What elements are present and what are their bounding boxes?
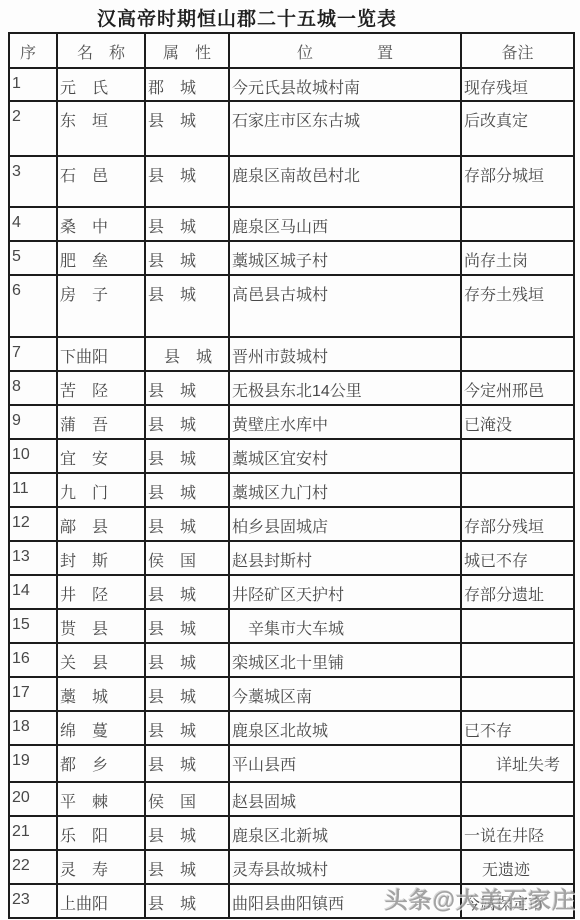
cell-seq: 14 <box>9 575 57 609</box>
cell-location: 鹿泉区北故城 <box>229 711 461 745</box>
table-row: 9蒲 吾县 城黄壁庄水库中已淹没 <box>9 405 574 439</box>
cell-name: 蒲 吾 <box>57 405 145 439</box>
cell-attr: 县 城 <box>145 816 229 850</box>
cell-seq: 16 <box>9 643 57 677</box>
cell-location: 栾城区北十里铺 <box>229 643 461 677</box>
header-seq: 序 <box>9 33 57 68</box>
cell-seq: 18 <box>9 711 57 745</box>
cell-seq: 2 <box>9 101 57 156</box>
cell-location: 石家庄市区东古城 <box>229 101 461 156</box>
table-header: 序 名 称 属 性 位 置 备注 <box>9 33 574 68</box>
cell-location: 黄壁庄水库中 <box>229 405 461 439</box>
cell-location: 赵县固城 <box>229 782 461 816</box>
table-row: 3石 邑县 城鹿泉区南故邑村北存部分城垣 <box>9 156 574 207</box>
cell-location: 鹿泉区马山西 <box>229 207 461 241</box>
cell-remark <box>461 439 574 473</box>
cell-location: 井陉矿区天护村 <box>229 575 461 609</box>
cell-name: 东 垣 <box>57 101 145 156</box>
cell-attr: 县 城 <box>145 575 229 609</box>
cell-remark <box>461 643 574 677</box>
cell-location: 辛集市大车城 <box>229 609 461 643</box>
cell-seq: 6 <box>9 275 57 337</box>
cell-name: 上曲阳 <box>57 884 145 918</box>
cell-attr: 县 城 <box>145 101 229 156</box>
cell-attr: 县 城 <box>145 241 229 275</box>
cell-remark <box>461 337 574 371</box>
cell-attr: 侯 国 <box>145 541 229 575</box>
table-row: 21乐 阳县 城鹿泉区北新城一说在井陉 <box>9 816 574 850</box>
cell-seq: 4 <box>9 207 57 241</box>
cell-remark: 存部分城垣 <box>461 156 574 207</box>
cell-remark: 存部分残垣 <box>461 507 574 541</box>
cell-remark <box>461 473 574 507</box>
cell-seq: 11 <box>9 473 57 507</box>
cell-name: 九 门 <box>57 473 145 507</box>
cell-attr: 县 城 <box>145 275 229 337</box>
table-body: 1元 氏郡 城今元氏县故城村南现存残垣2东 垣县 城石家庄市区东古城后改真定3石… <box>9 68 574 918</box>
cell-remark <box>461 677 574 711</box>
cell-remark: 已不存 <box>461 711 574 745</box>
cell-remark <box>461 207 574 241</box>
cell-location: 高邑县古城村 <box>229 275 461 337</box>
cell-attr: 县 城 <box>145 439 229 473</box>
cell-name: 藁 城 <box>57 677 145 711</box>
cell-seq: 20 <box>9 782 57 816</box>
header-row: 序 名 称 属 性 位 置 备注 <box>9 33 574 68</box>
cell-remark: 后改真定 <box>461 101 574 156</box>
cell-location: 藁城区城子村 <box>229 241 461 275</box>
cell-attr: 县 城 <box>145 609 229 643</box>
cell-location: 平山县西 <box>229 745 461 782</box>
cell-remark: 存夯土残垣 <box>461 275 574 337</box>
cell-location: 今藁城区南 <box>229 677 461 711</box>
cell-name: 房 子 <box>57 275 145 337</box>
cell-attr: 郡 城 <box>145 68 229 101</box>
table-row: 23上曲阳县 城曲阳县曲阳镇西今属保定市 <box>9 884 574 918</box>
cell-seq: 10 <box>9 439 57 473</box>
cell-location: 无极县东北14公里 <box>229 371 461 405</box>
cell-attr: 县 城 <box>145 711 229 745</box>
table-row: 16关 县县 城栾城区北十里铺 <box>9 643 574 677</box>
cell-seq: 22 <box>9 850 57 884</box>
table-row: 10宜 安县 城藁城区宜安村 <box>9 439 574 473</box>
cell-remark: 一说在井陉 <box>461 816 574 850</box>
cell-attr: 县 城 <box>145 850 229 884</box>
table-row: 6房 子县 城高邑县古城村存夯土残垣 <box>9 275 574 337</box>
cell-remark: 今定州邢邑 <box>461 371 574 405</box>
cell-attr: 县 城 <box>145 884 229 918</box>
cell-location: 今元氏县故城村南 <box>229 68 461 101</box>
cell-seq: 5 <box>9 241 57 275</box>
cell-location: 鹿泉区北新城 <box>229 816 461 850</box>
cell-seq: 12 <box>9 507 57 541</box>
table-row: 13封 斯侯 国赵县封斯村城已不存 <box>9 541 574 575</box>
cell-name: 石 邑 <box>57 156 145 207</box>
cell-seq: 7 <box>9 337 57 371</box>
cell-name: 鄗 县 <box>57 507 145 541</box>
table-row: 8苦 陉县 城无极县东北14公里今定州邢邑 <box>9 371 574 405</box>
cell-name: 平 棘 <box>57 782 145 816</box>
cell-remark: 存部分遗址 <box>461 575 574 609</box>
cell-location: 赵县封斯村 <box>229 541 461 575</box>
table-row: 22灵 寿县 城灵寿县故城村无遗迹 <box>9 850 574 884</box>
cell-attr: 县 城 <box>145 507 229 541</box>
table-row: 2东 垣县 城石家庄市区东古城后改真定 <box>9 101 574 156</box>
cell-location: 藁城区宜安村 <box>229 439 461 473</box>
document-page: 汉高帝时期恒山郡二十五城一览表 序 名 称 属 性 位 置 备注 1元 氏郡 城… <box>0 0 580 920</box>
cell-name: 苦 陉 <box>57 371 145 405</box>
cell-remark: 已淹没 <box>461 405 574 439</box>
cell-name: 封 斯 <box>57 541 145 575</box>
cell-name: 井 陉 <box>57 575 145 609</box>
cell-name: 元 氏 <box>57 68 145 101</box>
table-row: 18绵 蔓县 城鹿泉区北故城已不存 <box>9 711 574 745</box>
table-row: 1元 氏郡 城今元氏县故城村南现存残垣 <box>9 68 574 101</box>
cell-seq: 9 <box>9 405 57 439</box>
cell-name: 关 县 <box>57 643 145 677</box>
cell-attr: 县 城 <box>145 207 229 241</box>
cell-remark: 尚存土岗 <box>461 241 574 275</box>
table-row: 11九 门县 城藁城区九门村 <box>9 473 574 507</box>
cell-attr: 县 城 <box>145 337 229 371</box>
cell-attr: 县 城 <box>145 371 229 405</box>
cell-name: 贳 县 <box>57 609 145 643</box>
table-row: 12鄗 县县 城柏乡县固城店存部分残垣 <box>9 507 574 541</box>
cell-name: 桑 中 <box>57 207 145 241</box>
header-remark: 备注 <box>461 33 574 68</box>
cell-seq: 23 <box>9 884 57 918</box>
cell-seq: 21 <box>9 816 57 850</box>
table-row: 15贳 县县 城 辛集市大车城 <box>9 609 574 643</box>
cell-attr: 县 城 <box>145 745 229 782</box>
header-location: 位 置 <box>229 33 461 68</box>
cell-seq: 13 <box>9 541 57 575</box>
cell-remark: 现存残垣 <box>461 68 574 101</box>
header-name: 名 称 <box>57 33 145 68</box>
table-row: 4桑 中县 城鹿泉区马山西 <box>9 207 574 241</box>
cell-name: 下曲阳 <box>57 337 145 371</box>
cell-remark: 无遗迹 <box>461 850 574 884</box>
cell-seq: 8 <box>9 371 57 405</box>
cell-location: 灵寿县故城村 <box>229 850 461 884</box>
cell-seq: 15 <box>9 609 57 643</box>
cell-name: 肥 垒 <box>57 241 145 275</box>
table-row: 17藁 城县 城今藁城区南 <box>9 677 574 711</box>
table-row: 19都 乡县 城平山县西详址失考 <box>9 745 574 782</box>
cell-location: 鹿泉区南故邑村北 <box>229 156 461 207</box>
table-row: 7下曲阳 县 城晋州市鼓城村 <box>9 337 574 371</box>
table-row: 20平 棘侯 国赵县固城 <box>9 782 574 816</box>
cell-attr: 县 城 <box>145 677 229 711</box>
cell-name: 绵 蔓 <box>57 711 145 745</box>
cell-seq: 3 <box>9 156 57 207</box>
cities-table: 序 名 称 属 性 位 置 备注 1元 氏郡 城今元氏县故城村南现存残垣2东 垣… <box>8 32 575 919</box>
cell-name: 都 乡 <box>57 745 145 782</box>
cell-name: 乐 阳 <box>57 816 145 850</box>
cell-seq: 1 <box>9 68 57 101</box>
cell-location: 晋州市鼓城村 <box>229 337 461 371</box>
cell-attr: 县 城 <box>145 156 229 207</box>
cell-attr: 县 城 <box>145 643 229 677</box>
cell-remark <box>461 609 574 643</box>
cell-location: 柏乡县固城店 <box>229 507 461 541</box>
cell-name: 灵 寿 <box>57 850 145 884</box>
cell-location: 藁城区九门村 <box>229 473 461 507</box>
cell-seq: 17 <box>9 677 57 711</box>
cell-remark <box>461 782 574 816</box>
cell-attr: 县 城 <box>145 405 229 439</box>
cell-attr: 侯 国 <box>145 782 229 816</box>
cell-location: 曲阳县曲阳镇西 <box>229 884 461 918</box>
table-row: 14井 陉县 城井陉矿区天护村存部分遗址 <box>9 575 574 609</box>
cell-seq: 19 <box>9 745 57 782</box>
header-attr: 属 性 <box>145 33 229 68</box>
table-row: 5肥 垒县 城藁城区城子村尚存土岗 <box>9 241 574 275</box>
cell-remark: 城已不存 <box>461 541 574 575</box>
cell-name: 宜 安 <box>57 439 145 473</box>
page-title: 汉高帝时期恒山郡二十五城一览表 <box>97 4 397 31</box>
cell-remark: 今属保定市 <box>461 884 574 918</box>
cell-remark: 详址失考 <box>461 745 574 782</box>
cell-attr: 县 城 <box>145 473 229 507</box>
